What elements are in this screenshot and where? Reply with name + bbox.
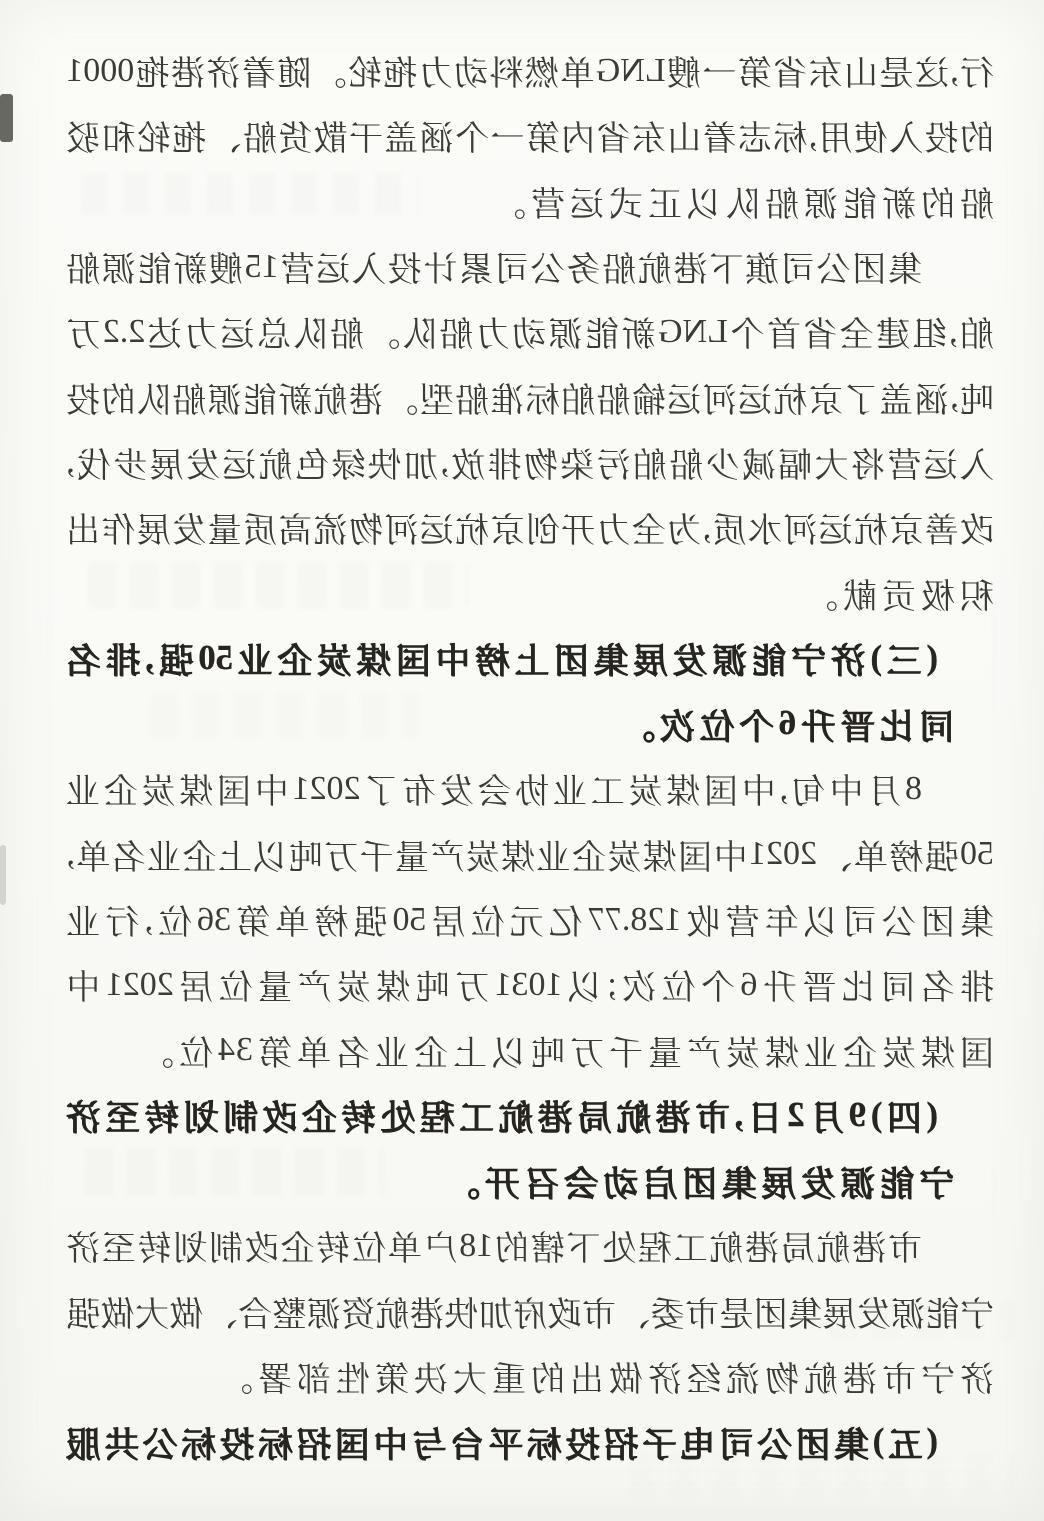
- glyph: 亿: [549, 895, 583, 944]
- glyph: 。: [313, 46, 347, 95]
- glyph: 运: [667, 373, 701, 422]
- glyph: 工: [459, 1090, 494, 1140]
- glyph: 位: [471, 895, 505, 944]
- glyph: 步: [113, 438, 147, 487]
- text-line: 行,这是山东省第一艘LNG单燃料动力拖轮。随着济港拖0001: [66, 38, 994, 103]
- glyph: 随: [277, 46, 311, 95]
- glyph: 运: [738, 373, 772, 422]
- glyph: 少: [706, 438, 740, 487]
- glyph: 开: [484, 1156, 520, 1206]
- glyph: 色: [295, 438, 329, 487]
- glyph: 运: [924, 438, 958, 487]
- glyph: 投: [220, 1417, 255, 1467]
- glyph: 合: [238, 1287, 272, 1336]
- glyph: 团: [554, 633, 589, 683]
- glyph: 资: [341, 1287, 375, 1336]
- glyph: ,: [66, 443, 75, 481]
- glyph: 港: [745, 1221, 779, 1270]
- glyph: 入: [352, 242, 386, 291]
- glyph: 能: [138, 242, 172, 291]
- glyph: ): [871, 1096, 883, 1135]
- glyph: 中: [830, 764, 864, 813]
- glyph: 组: [913, 307, 947, 356]
- glyph: 吨: [960, 373, 994, 422]
- glyph: 收: [686, 895, 720, 944]
- glyph: 上: [218, 830, 252, 879]
- glyph: 晋: [802, 960, 836, 1009]
- glyph: 源: [102, 242, 136, 291]
- glyph: 万: [455, 960, 489, 1009]
- glyph: 首: [767, 307, 801, 356]
- glyph: 建: [876, 307, 910, 356]
- glyph: 位: [219, 960, 253, 1009]
- glyph: LNG: [658, 313, 728, 351]
- glyph: 船: [597, 373, 631, 422]
- glyph: 发: [673, 633, 708, 683]
- glyph: 中: [66, 960, 100, 1009]
- heading-line: (四)9月2日,市港航局港航工程处转企改制划转至济: [66, 1083, 994, 1148]
- glyph: 燃: [525, 46, 559, 95]
- glyph: 万: [569, 1026, 604, 1075]
- glyph: 加: [404, 438, 438, 487]
- text-line: 市港航局港航工程处下辖的18户单位转企改制划转至济: [66, 1213, 994, 1278]
- glyph: ): [870, 639, 882, 678]
- glyph: 动: [512, 307, 546, 356]
- glyph: 港: [538, 1090, 573, 1140]
- glyph: 中: [742, 764, 776, 813]
- glyph: 名: [921, 960, 955, 1009]
- glyph: 。: [384, 373, 418, 422]
- glyph: ): [873, 1422, 885, 1461]
- glyph: ,: [950, 378, 959, 416]
- glyph: ,: [780, 770, 789, 808]
- glyph: 大: [815, 438, 849, 487]
- glyph: 航: [617, 1090, 652, 1140]
- glyph: 幅: [778, 438, 812, 487]
- glyph: 杭: [854, 503, 888, 552]
- glyph: 济: [831, 633, 866, 683]
- glyph: 能: [585, 307, 619, 356]
- glyph: (: [927, 1422, 939, 1461]
- glyph: 排: [488, 438, 522, 487]
- glyph: 展: [633, 633, 668, 683]
- glyph: 驳: [66, 111, 100, 160]
- glyph: 投: [388, 242, 422, 291]
- glyph: 比: [879, 699, 915, 749]
- glyph: 港: [852, 1221, 886, 1270]
- glyph: 局: [577, 1090, 612, 1140]
- scan-edge-artifact: [0, 94, 13, 142]
- glyph: 行: [105, 895, 139, 944]
- glyph: 公: [817, 242, 851, 291]
- glyph: 总: [257, 307, 291, 356]
- glyph: 。: [803, 569, 838, 618]
- glyph: 散: [314, 111, 348, 160]
- glyph: 河: [783, 503, 817, 552]
- glyph: 业: [374, 1026, 409, 1075]
- glyph: 榜: [475, 633, 510, 683]
- glyph: 转: [145, 1090, 180, 1140]
- glyph: 源: [803, 177, 838, 226]
- glyph: 集: [721, 1156, 757, 1206]
- glyph: 新: [278, 373, 312, 422]
- glyph: 全: [840, 307, 874, 356]
- glyph: 128.77: [588, 901, 682, 939]
- glyph: 船: [66, 242, 100, 291]
- glyph: 省: [773, 46, 807, 95]
- glyph: 集: [594, 633, 629, 683]
- text-line: 排名同比晋升6个位次;以1031万吨煤炭产量位居2021中: [66, 952, 994, 1017]
- glyph: 能: [879, 1156, 915, 1206]
- glyph: 港: [349, 373, 383, 422]
- glyph: 个: [701, 960, 735, 1009]
- glyph: 强: [66, 1287, 100, 1336]
- glyph: 产: [297, 960, 331, 1009]
- glyph: 市: [582, 1287, 616, 1336]
- glyph: 电: [681, 1417, 716, 1467]
- glyph: 0001: [66, 52, 134, 90]
- glyph: (: [927, 639, 939, 678]
- glyph: 决: [413, 1352, 448, 1401]
- text-line: 集团公司旗下港航船务公司累计投入运营15艘新能源船: [66, 234, 994, 299]
- glyph: 布: [402, 764, 436, 813]
- glyph: 元: [510, 895, 544, 944]
- glyph: 次: [622, 960, 656, 1009]
- glyph: 36: [197, 901, 231, 939]
- glyph: 吨: [289, 830, 323, 879]
- glyph: 大: [135, 1287, 169, 1336]
- glyph: 新: [622, 307, 656, 356]
- glyph: ;: [607, 966, 616, 1004]
- glyph: 公: [882, 895, 916, 944]
- glyph: 了: [844, 373, 878, 422]
- glyph: 府: [513, 1287, 547, 1336]
- glyph: 的: [920, 177, 955, 226]
- glyph: 量: [395, 830, 429, 879]
- glyph: 同: [881, 960, 915, 1009]
- glyph: 位: [352, 1221, 386, 1270]
- glyph: 着: [242, 46, 276, 95]
- glyph: 司: [495, 242, 529, 291]
- glyph: 标: [773, 111, 807, 160]
- glyph: 、: [208, 111, 242, 160]
- glyph: 平: [489, 1417, 524, 1467]
- glyph: 居: [432, 895, 466, 944]
- glyph: 。: [620, 699, 656, 749]
- glyph: 标: [526, 373, 560, 422]
- mirrored-sheet: 行,这是山东省第一艘LNG单燃料动力拖轮。随着济港拖0001的投入使用,标志着山…: [0, 0, 1044, 1521]
- glyph: ,: [735, 1096, 744, 1135]
- glyph: 煤: [357, 633, 392, 683]
- glyph: 开: [561, 503, 595, 552]
- glyph: 为: [667, 503, 701, 552]
- glyph: 上: [452, 1026, 487, 1075]
- glyph: 月: [809, 1090, 844, 1140]
- glyph: 航: [709, 1221, 743, 1270]
- glyph: 升: [763, 960, 797, 1009]
- glyph: 使: [854, 111, 888, 160]
- glyph: 水: [748, 503, 782, 552]
- glyph: 营: [887, 438, 921, 487]
- glyph: 比: [842, 960, 876, 1009]
- glyph: 个: [730, 307, 764, 356]
- glyph: 炭: [881, 1026, 916, 1075]
- glyph: 航: [803, 1352, 838, 1401]
- glyph: 着: [703, 111, 737, 160]
- glyph: 名: [335, 1026, 370, 1075]
- glyph: 运: [819, 503, 853, 552]
- document-content: 行,这是山东省第一艘LNG单燃料动力拖轮。随着济港拖0001的投入使用,标志着山…: [66, 38, 994, 1475]
- glyph: 涵: [420, 111, 454, 160]
- glyph: 航: [817, 1221, 851, 1270]
- glyph: ,: [440, 443, 449, 481]
- glyph: 国: [396, 633, 431, 683]
- glyph: 东: [632, 111, 666, 160]
- glyph: 炭: [337, 960, 371, 1009]
- glyph: 单: [76, 830, 110, 879]
- glyph: 盖: [384, 111, 418, 160]
- glyph: 强: [159, 633, 194, 683]
- glyph: 艘: [209, 242, 243, 291]
- glyph: ,: [144, 901, 153, 939]
- glyph: 企: [413, 1026, 448, 1075]
- glyph: 煤: [666, 764, 700, 813]
- glyph: 6: [740, 966, 757, 1004]
- glyph: 划: [173, 1221, 207, 1270]
- glyph: 公: [531, 242, 565, 291]
- glyph: 运: [221, 307, 255, 356]
- glyph: 是: [719, 1287, 753, 1336]
- glyph: 位: [699, 699, 735, 749]
- glyph: 航: [376, 1287, 410, 1336]
- glyph: 以: [804, 895, 838, 944]
- glyph: ,: [145, 639, 154, 678]
- glyph: 全: [632, 503, 666, 552]
- glyph: 国: [217, 764, 251, 813]
- glyph: 京: [490, 503, 524, 552]
- glyph: ,: [950, 52, 959, 90]
- glyph: 强: [925, 830, 959, 879]
- glyph: 拖: [136, 46, 170, 95]
- glyph: 贡: [881, 569, 916, 618]
- glyph: 船: [439, 307, 473, 356]
- glyph: 的: [960, 111, 994, 160]
- glyph: 企: [104, 764, 138, 813]
- glyph: 京: [889, 503, 923, 552]
- glyph: 的: [495, 1221, 529, 1270]
- glyph: 集: [888, 242, 922, 291]
- glyph: 服: [66, 1417, 101, 1467]
- glyph: 司: [719, 1417, 754, 1467]
- glyph: 队: [137, 373, 171, 422]
- glyph: 港: [674, 242, 708, 291]
- glyph: 船: [330, 307, 364, 356]
- glyph: 以: [568, 960, 602, 1009]
- glyph: 航: [499, 1090, 534, 1140]
- glyph: 企: [277, 633, 312, 683]
- glyph: 河: [384, 503, 418, 552]
- glyph: 市: [888, 1221, 922, 1270]
- glyph: 献: [842, 569, 877, 618]
- glyph: 榜: [314, 895, 348, 944]
- glyph: 第: [257, 1026, 292, 1075]
- glyph: 做: [169, 1287, 203, 1336]
- glyph: 质: [712, 503, 746, 552]
- glyph: 局: [781, 1221, 815, 1270]
- glyph: 企: [842, 1026, 877, 1075]
- glyph: 市: [881, 1352, 916, 1401]
- glyph: 炭: [607, 830, 641, 879]
- glyph: 港: [842, 1352, 877, 1401]
- glyph: 下: [709, 242, 743, 291]
- glyph: 发: [186, 438, 220, 487]
- glyph: 排: [106, 633, 141, 683]
- glyph: 8: [905, 770, 922, 808]
- glyph: 2.2: [103, 313, 146, 351]
- glyph: 。: [139, 1026, 174, 1075]
- text-line: 8月中旬,中国煤炭工业协会发布了2021中国煤炭企业: [66, 756, 994, 821]
- glyph: 工: [674, 1221, 708, 1270]
- glyph: 快: [444, 1287, 478, 1336]
- glyph: 投: [565, 1417, 600, 1467]
- glyph: 力: [476, 307, 510, 356]
- glyph: 煤: [920, 1026, 955, 1075]
- glyph: 拖: [383, 46, 417, 95]
- glyph: 务: [566, 242, 600, 291]
- glyph: 升: [800, 699, 836, 749]
- glyph: 加: [479, 1287, 513, 1336]
- glyph: 用: [819, 111, 853, 160]
- text-line: 积极贡献。: [66, 560, 994, 625]
- glyph: 位: [662, 960, 696, 1009]
- glyph: 创: [526, 503, 560, 552]
- glyph: 50: [392, 901, 426, 939]
- text-line: 改善京杭运河水质,为全力开创京杭运河物流高质量发展作出: [66, 495, 994, 560]
- glyph: 航: [314, 373, 348, 422]
- text-line: 舶,组建全省首个LNG新能源动力船队。船队总运力达2.2万: [66, 299, 994, 364]
- glyph: 东: [809, 46, 843, 95]
- text-line: 济宁市港航物流经济做出的重大决策性部署。: [66, 1344, 994, 1409]
- text-line: 国煤炭企业煤炭产量千万吨以上企业名单第34位。: [66, 1017, 994, 1082]
- glyph: 拖: [172, 111, 206, 160]
- text-line: 集团公司以年营收128.77亿元位居50强榜单第36位,行业: [66, 887, 994, 952]
- glyph: 以: [253, 830, 287, 879]
- glyph: 做: [101, 1287, 135, 1336]
- glyph: 船: [172, 373, 206, 422]
- glyph: 力: [184, 307, 218, 356]
- glyph: 台: [450, 1417, 485, 1467]
- glyph: 、: [616, 1287, 650, 1336]
- glyph: 善: [925, 503, 959, 552]
- glyph: 炭: [725, 1026, 760, 1075]
- glyph: 招: [604, 1417, 639, 1467]
- glyph: 18: [459, 1227, 493, 1265]
- glyph: 减: [742, 438, 776, 487]
- glyph: 转: [341, 1090, 376, 1140]
- glyph: 公: [757, 1417, 792, 1467]
- text-line: 入运营将大幅减少船舶污染物排放,加快绿色航运发展步伐,: [66, 430, 994, 495]
- glyph: 盖: [879, 373, 913, 422]
- glyph: 船: [959, 177, 994, 226]
- glyph: 煤: [643, 830, 677, 879]
- glyph: 准: [490, 373, 524, 422]
- glyph: 船: [669, 438, 703, 487]
- scan-edge-artifact: [0, 845, 6, 905]
- glyph: 量: [647, 1026, 682, 1075]
- glyph: 港: [171, 46, 205, 95]
- glyph: 9: [849, 1096, 866, 1135]
- glyph: 一: [702, 46, 736, 95]
- glyph: 出: [66, 503, 100, 552]
- glyph: 个: [738, 699, 774, 749]
- glyph: 团: [796, 1417, 831, 1467]
- glyph: 动: [603, 1156, 639, 1206]
- glyph: ,: [703, 509, 712, 547]
- glyph: ,: [809, 117, 818, 155]
- glyph: 杭: [773, 373, 807, 422]
- glyph: 流: [314, 503, 348, 552]
- glyph: 、: [204, 1287, 238, 1336]
- glyph: 千: [360, 830, 394, 879]
- glyph: 京: [809, 373, 843, 422]
- glyph: 济: [206, 46, 240, 95]
- glyph: 四: [887, 1090, 922, 1140]
- glyph: 旗: [745, 242, 779, 291]
- glyph: 队: [403, 307, 437, 356]
- glyph: 计: [423, 242, 457, 291]
- glyph: 正: [647, 177, 682, 226]
- glyph: 航: [259, 438, 293, 487]
- glyph: 50: [960, 835, 994, 873]
- glyph: 子: [642, 1417, 677, 1467]
- glyph: 的: [530, 1352, 565, 1401]
- glyph: 一: [490, 111, 524, 160]
- glyph: 转: [316, 1221, 350, 1270]
- glyph: 轮: [348, 46, 382, 95]
- glyph: 港: [656, 1090, 691, 1140]
- glyph: 2021: [106, 966, 174, 1004]
- text-line: 50强榜单、2021中国煤炭企业煤炭产量千万吨以上企业名单,: [66, 822, 994, 887]
- glyph: 源: [712, 633, 747, 683]
- glyph: 次: [659, 699, 695, 749]
- glyph: 料: [490, 46, 524, 95]
- glyph: 程: [420, 1090, 455, 1140]
- glyph: 政: [548, 1287, 582, 1336]
- glyph: 万: [324, 830, 358, 879]
- glyph: 源: [208, 373, 242, 422]
- glyph: 高: [278, 503, 312, 552]
- glyph: 炭: [317, 633, 352, 683]
- glyph: 济: [66, 1090, 101, 1140]
- glyph: 累: [459, 242, 493, 291]
- glyph: 中: [436, 633, 471, 683]
- glyph: 标: [181, 1417, 216, 1467]
- glyph: 发: [440, 764, 474, 813]
- glyph: 集: [834, 1417, 869, 1467]
- glyph: 快: [368, 438, 402, 487]
- glyph: 宁: [960, 1287, 994, 1336]
- glyph: 晋: [840, 699, 876, 749]
- glyph: 的: [102, 373, 136, 422]
- glyph: 营: [281, 242, 315, 291]
- glyph: 同: [919, 699, 955, 749]
- glyph: ,: [66, 835, 75, 873]
- glyph: 源: [891, 1287, 925, 1336]
- glyph: 旬: [792, 764, 826, 813]
- glyph: 源: [307, 1287, 341, 1336]
- glyph: 划: [184, 1090, 219, 1140]
- glyph: 团: [682, 1156, 718, 1206]
